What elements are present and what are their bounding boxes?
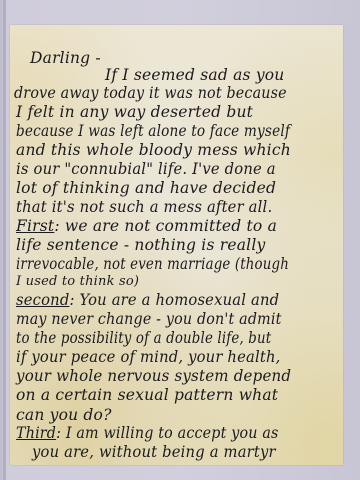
letter-line: If I seemed sad as you — [105, 66, 285, 84]
letter-line: that it's not such a mess after all. — [16, 198, 272, 216]
letter-line: lot of thinking and have decided — [16, 179, 276, 197]
point-text: : You are a homosexual and — [69, 291, 279, 309]
point-second: second: You are a homosexual and — [16, 291, 279, 309]
handwritten-letter: Darling - If I seemed sad as you drove a… — [10, 25, 343, 465]
letter-line: irrevocable, not even marriage (though — [16, 255, 289, 273]
letter-line: because I was left alone to face myself — [16, 122, 290, 140]
point-first: First: we are not committed to a — [16, 217, 277, 235]
letter-line: can you do? — [16, 406, 112, 424]
letter-line: I felt in any way deserted but — [16, 103, 253, 121]
point-label: First — [16, 217, 54, 235]
letter-line: your whole nervous system depend — [16, 367, 291, 385]
letter-line: I used to think so) — [16, 274, 139, 289]
letter-line: is our "connubial" life. I've done a — [16, 160, 276, 178]
point-text: : we are not committed to a — [54, 217, 277, 235]
point-third: Third: I am willing to accept you as — [16, 424, 279, 442]
sleeve-edge — [3, 0, 6, 480]
letter-line: may never change - you don't admit — [16, 310, 282, 328]
point-text: : I am willing to accept you as — [56, 424, 278, 442]
letter-line: to the possibility of a double life, but — [16, 329, 271, 347]
point-label: second — [16, 291, 69, 309]
letter-line: and this whole bloody mess which — [16, 141, 291, 159]
letter-line: life sentence - nothing is really — [16, 236, 265, 254]
point-label: Third — [16, 424, 56, 442]
salutation: Darling - — [30, 49, 101, 67]
letter-line: if your peace of mind, your health, — [16, 348, 281, 366]
letter-line: on a certain sexual pattern what — [16, 386, 278, 404]
letter-page: Darling - If I seemed sad as you drove a… — [10, 25, 343, 465]
letter-line: drove away today it was not because — [14, 84, 287, 102]
letter-line: you are, without being a martyr — [32, 443, 276, 461]
